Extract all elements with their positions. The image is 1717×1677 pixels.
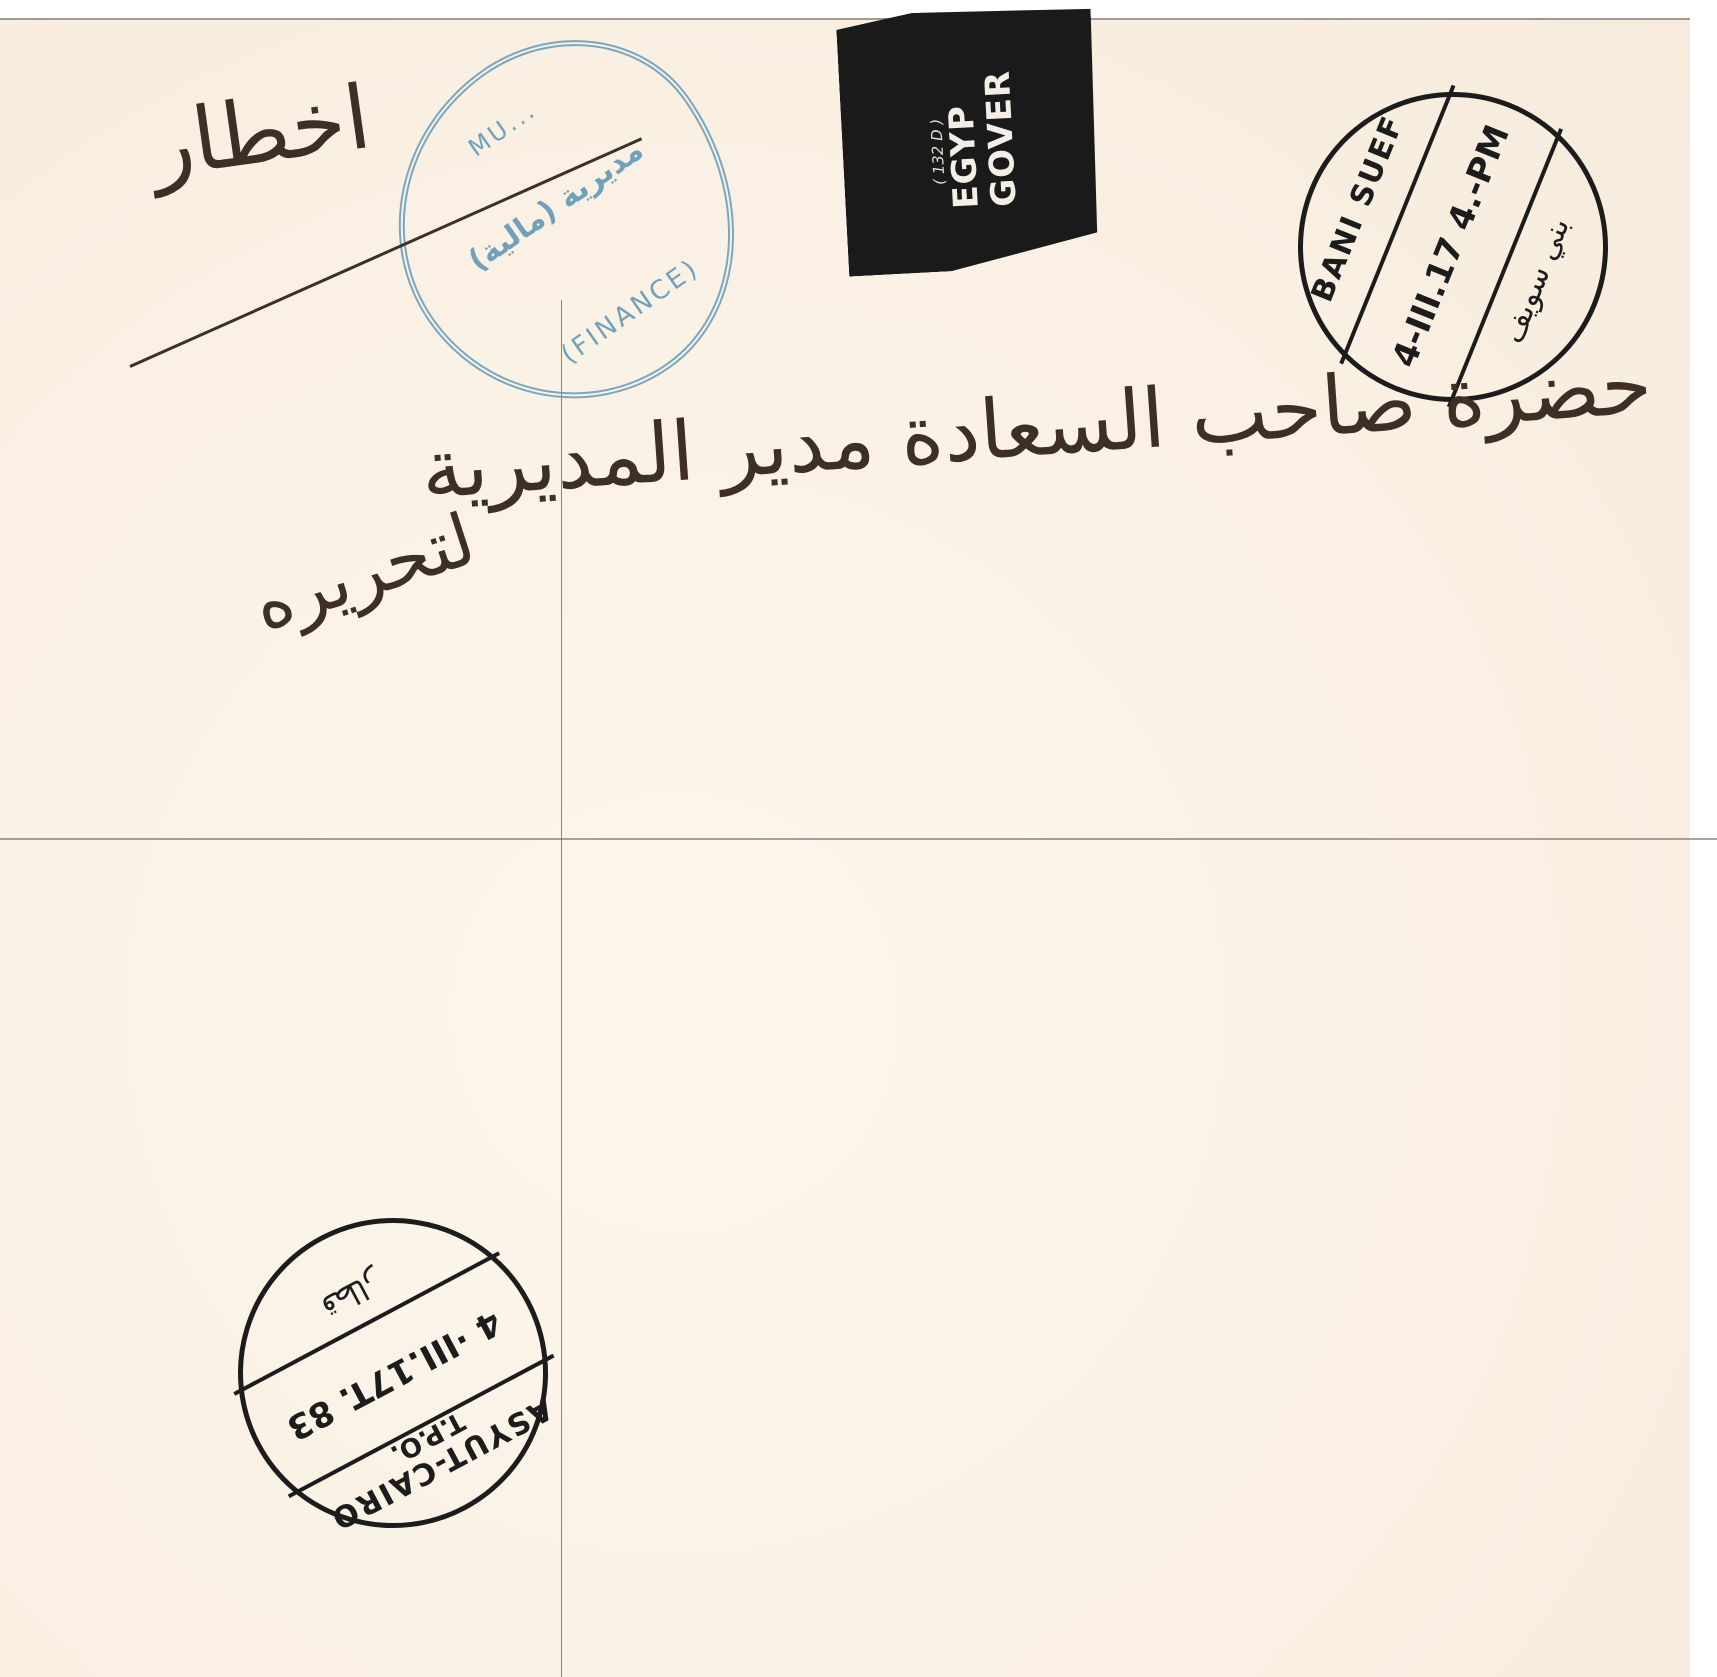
label-line-2: GOVER (979, 69, 1024, 207)
label-text: EGYP GOVER (941, 69, 1024, 209)
horizontal-fold-line (0, 838, 1717, 840)
egypt-government-label: ( 132 D ) EGYP GOVER (835, 0, 1109, 277)
